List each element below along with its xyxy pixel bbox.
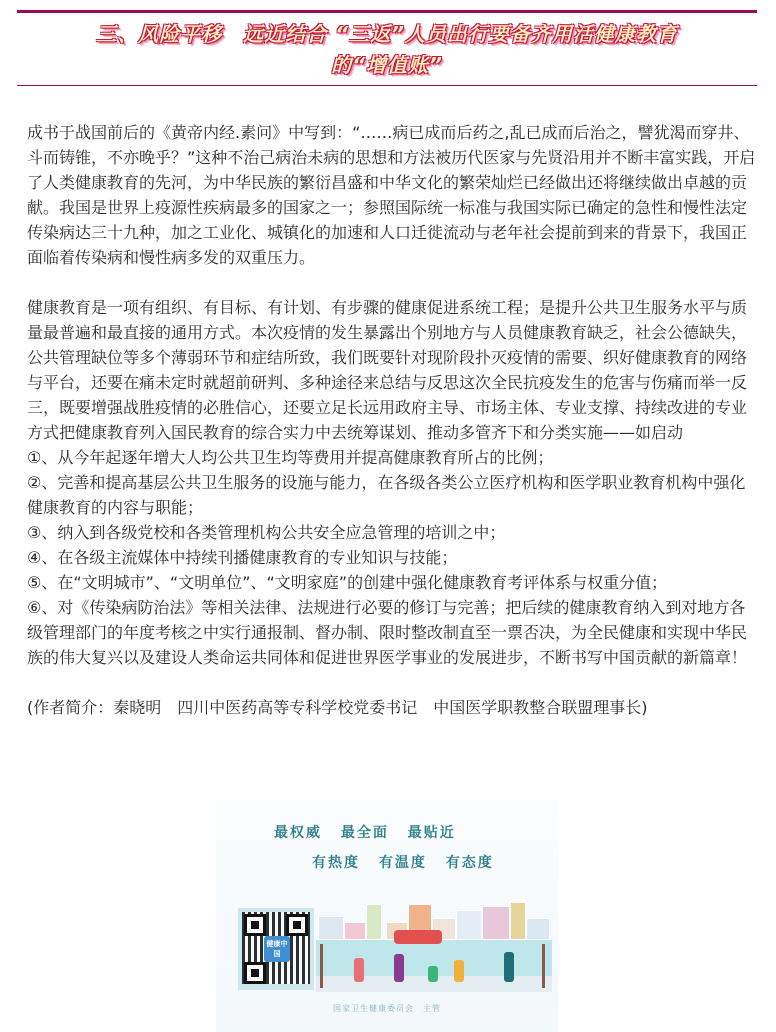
- slogan-text: 有热度: [312, 855, 360, 871]
- tree-icon: [542, 944, 545, 988]
- slogan-text: 最权威: [274, 825, 322, 841]
- qr-finder-icon: [244, 914, 266, 936]
- bus-icon: [394, 930, 442, 944]
- list-item: ④、在各级主流媒体中持续刊播健康教育的专业知识与技能；: [27, 545, 757, 570]
- person-icon: [454, 960, 464, 982]
- section-title-line2: 的“增值账”: [17, 50, 757, 81]
- person-icon: [504, 952, 514, 982]
- banner-footer: 国家卫生健康委员会 主管: [216, 1003, 558, 1014]
- house-icon: [510, 902, 526, 940]
- list-item: ②、完善和提高基层公共卫生服务的设施与能力，在各级各类公立医疗机构和医学职业教育…: [27, 470, 757, 520]
- tree-icon: [320, 944, 323, 988]
- list-item: ①、从今年起逐年增大人均公共卫生均等费用并提高健康教育所占的比例；: [27, 445, 757, 470]
- person-icon: [394, 954, 404, 982]
- section-title: 三、风险平移 远近结合 “三返”人员出行要备齐用活健康教育 的“增值账”: [17, 19, 757, 81]
- slogan-text: 有态度: [446, 855, 494, 871]
- qr-finder-icon: [286, 914, 308, 936]
- section-title-line1: 三、风险平移 远近结合 “三返”人员出行要备齐用活健康教育: [17, 19, 757, 50]
- house-icon: [526, 918, 550, 940]
- header-bottom-rule: [17, 85, 757, 86]
- author-note: (作者简介：秦晓明 四川中医药高等专科学校党委书记 中国医学职教整合联盟理事长): [27, 695, 757, 720]
- house-icon: [366, 904, 382, 940]
- section-header: 三、风险平移 远近结合 “三返”人员出行要备齐用活健康教育 的“增值账”: [17, 10, 757, 81]
- article-body: 成书于战国前后的《黄帝内经.素问》中写到：“……病已成而后药之,乱已成而后治之，…: [27, 120, 757, 720]
- qr-code[interactable]: 健康中国: [238, 908, 314, 990]
- house-icon: [344, 922, 366, 940]
- winter-street-illustration: [316, 900, 552, 992]
- house-icon: [456, 910, 482, 940]
- list-item: ⑥、对《传染病防治法》等相关法律、法规进行必要的修订与完善；把后续的健康教育纳入…: [27, 595, 757, 670]
- qr-logo: 健康中国: [264, 936, 290, 962]
- promo-banner-image: 最权威 最全面 最贴近 有热度 有温度 有态度 健康中国: [216, 800, 558, 1032]
- paragraph-intro: 成书于战国前后的《黄帝内经.素问》中写到：“……病已成而后药之,乱已成而后治之，…: [27, 120, 757, 270]
- person-icon: [428, 966, 438, 982]
- person-icon: [354, 958, 364, 982]
- slogan-row-2: 有热度 有温度 有态度: [312, 852, 506, 872]
- list-item: ⑤、在“文明城市”、“文明单位”、“文明家庭”的创建中强化健康教育考评体系与权重…: [27, 570, 757, 595]
- paragraph-health-education: 健康教育是一项有组织、有目标、有计划、有步骤的健康促进系统工程；是提升公共卫生服…: [27, 295, 757, 445]
- list-item: ③、纳入到各级党校和各类管理机构公共安全应急管理的培训之中；: [27, 520, 757, 545]
- slogan-text: 最贴近: [408, 825, 456, 841]
- house-icon: [482, 906, 510, 940]
- header-top-rule: [17, 10, 757, 13]
- qr-finder-icon: [244, 962, 266, 984]
- house-icon: [318, 916, 344, 940]
- slogan-text: 有温度: [379, 855, 427, 871]
- slogan-text: 最全面: [341, 825, 389, 841]
- slogan-row-1: 最权威 最全面 最贴近: [274, 822, 468, 842]
